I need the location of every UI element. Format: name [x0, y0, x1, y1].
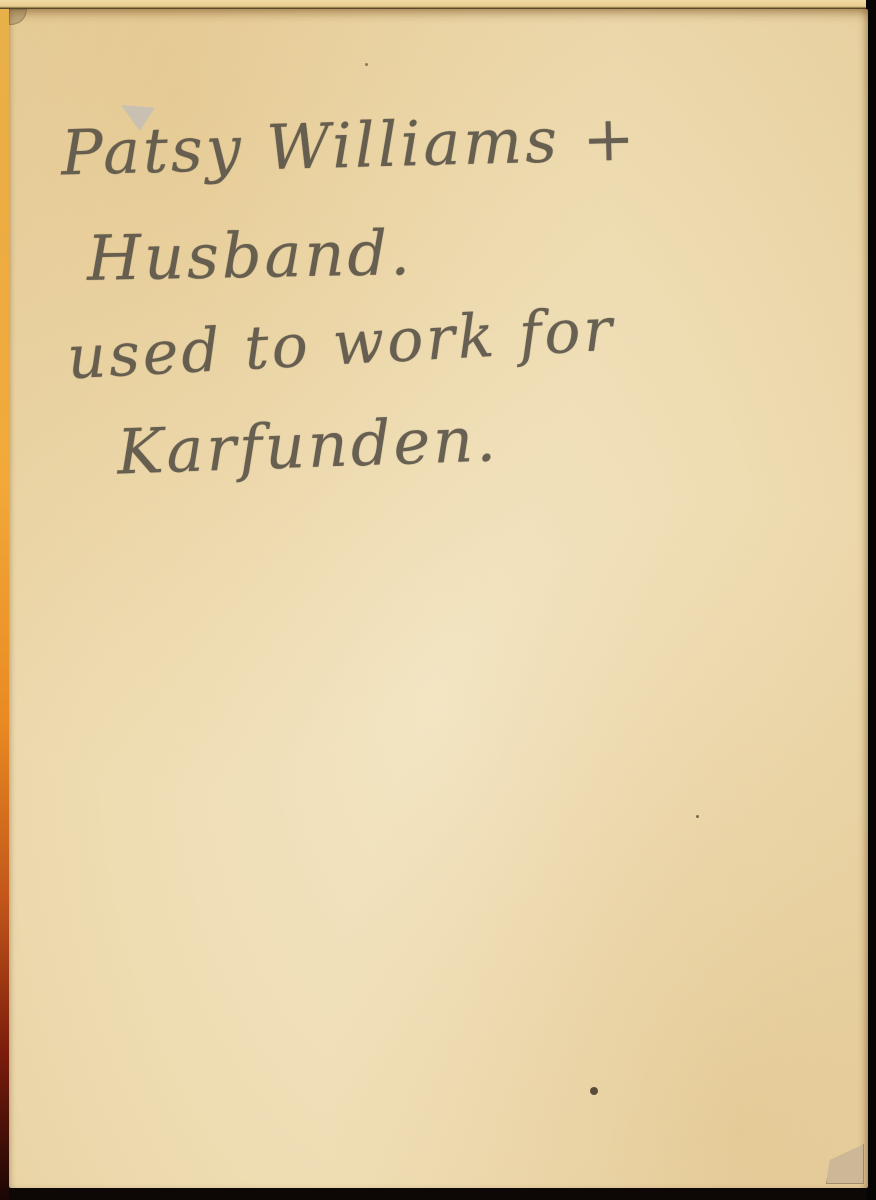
scan-stage: Patsy Williams + Husband. used to work f…	[0, 0, 876, 1200]
ink-spot	[696, 815, 699, 818]
card-top-edge	[0, 0, 876, 9]
pencil-smudge	[121, 105, 155, 131]
handwritten-note: Patsy Williams + Husband. used to work f…	[9, 9, 868, 1188]
note-line-3: used to work for	[66, 295, 617, 394]
ink-spot	[590, 1087, 598, 1095]
note-line-2: Husband.	[86, 216, 413, 295]
ink-spot	[365, 63, 368, 66]
corner-mount-mark	[9, 9, 27, 25]
photo-card-back: Patsy Williams + Husband. used to work f…	[9, 9, 868, 1188]
scanner-edge-strip	[0, 0, 9, 1200]
note-line-4: Karfunden.	[116, 402, 500, 488]
torn-corner	[826, 1144, 864, 1184]
